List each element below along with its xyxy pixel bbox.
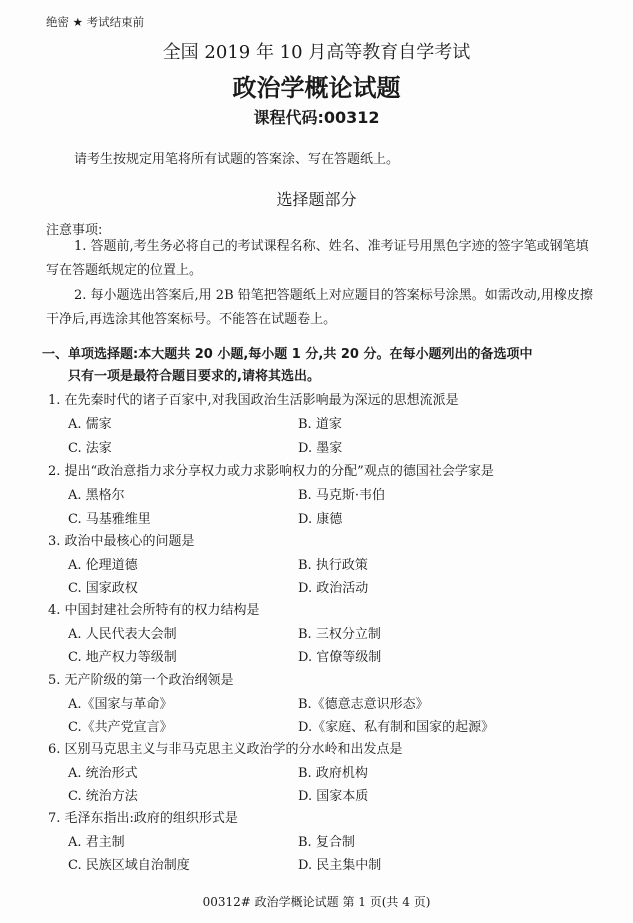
exam-title: 全国 2019 年 10 月高等教育自学考试	[0, 38, 633, 64]
question-stem: 2. 提出“政治意指力求分享权力或力求影响权力的分配”观点的德国社会学家是	[48, 460, 494, 479]
part-one-line-2: 只有一项是最符合题目要求的,请将其选出。	[42, 366, 532, 388]
option-d: D. 民主集中制	[298, 854, 381, 873]
option-a: A.《国家与革命》	[68, 693, 173, 712]
section-title: 选择题部分	[0, 187, 633, 210]
option-d: D. 政治活动	[298, 577, 368, 596]
option-c: C. 国家政权	[68, 577, 138, 596]
page-footer: 00312# 政治学概论试题 第 1 页(共 4 页)	[0, 893, 633, 910]
option-d: D. 墨家	[298, 437, 342, 456]
question-stem: 5. 无产阶级的第一个政治纲领是	[48, 669, 234, 688]
confidential-label: 绝密 ★ 考试结束前	[46, 14, 144, 30]
note-item-1: 1. 答题前,考生务必将自己的考试课程名称、姓名、准考证号用黑色字迹的签字笔或钢…	[46, 235, 596, 283]
option-d: D. 康德	[298, 508, 342, 527]
option-c: C. 法家	[68, 437, 112, 456]
option-c: C. 马基雅维里	[68, 508, 151, 527]
course-code: 课程代码:00312	[0, 105, 633, 128]
option-a: A. 君主制	[68, 831, 125, 850]
option-d: D. 国家本质	[298, 785, 368, 804]
option-a: A. 统治形式	[68, 762, 138, 781]
question-stem: 4. 中国封建社会所特有的权力结构是	[48, 599, 260, 618]
option-a: A. 黑格尔	[68, 484, 125, 503]
option-b: B.《德意志意识形态》	[298, 693, 429, 712]
part-one-heading: 一、单项选择题:本大题共 20 小题,每小题 1 分,共 20 分。在每小题列出…	[42, 344, 532, 388]
option-c: C.《共产党宣言》	[68, 716, 173, 735]
option-d: D. 官僚等级制	[298, 646, 381, 665]
option-b: B. 三权分立制	[298, 623, 381, 642]
subject-title: 政治学概论试题	[0, 68, 633, 103]
question-stem: 6. 区别马克思主义与非马克思主义政治学的分水岭和出发点是	[48, 738, 403, 757]
option-c: C. 地产权力等级制	[68, 646, 177, 665]
option-d: D.《家庭、私有制和国家的起源》	[298, 716, 494, 735]
option-a: A. 伦理道德	[68, 554, 138, 573]
option-b: B. 马克斯·韦伯	[298, 484, 385, 503]
question-stem: 3. 政治中最核心的问题是	[48, 530, 195, 549]
question-stem: 1. 在先秦时代的诸子百家中,对我国政治生活影响最为深远的思想流派是	[48, 389, 459, 408]
note-item-2: 2. 每小题选出答案后,用 2B 铅笔把答题纸上对应题目的答案标号涂黑。如需改动…	[46, 284, 596, 332]
part-one-line-1: 一、单项选择题:本大题共 20 小题,每小题 1 分,共 20 分。在每小题列出…	[42, 344, 532, 366]
option-c: C. 民族区域自治制度	[68, 854, 190, 873]
option-b: B. 复合制	[298, 831, 355, 850]
option-a: A. 儒家	[68, 413, 112, 432]
option-c: C. 统治方法	[68, 785, 138, 804]
option-b: B. 执行政策	[298, 554, 368, 573]
answer-instruction: 请考生按规定用笔将所有试题的答案涂、写在答题纸上。	[74, 148, 399, 167]
option-b: B. 政府机构	[298, 762, 368, 781]
question-stem: 7. 毛泽东指出:政府的组织形式是	[48, 807, 238, 826]
option-b: B. 道家	[298, 413, 342, 432]
option-a: A. 人民代表大会制	[68, 623, 177, 642]
